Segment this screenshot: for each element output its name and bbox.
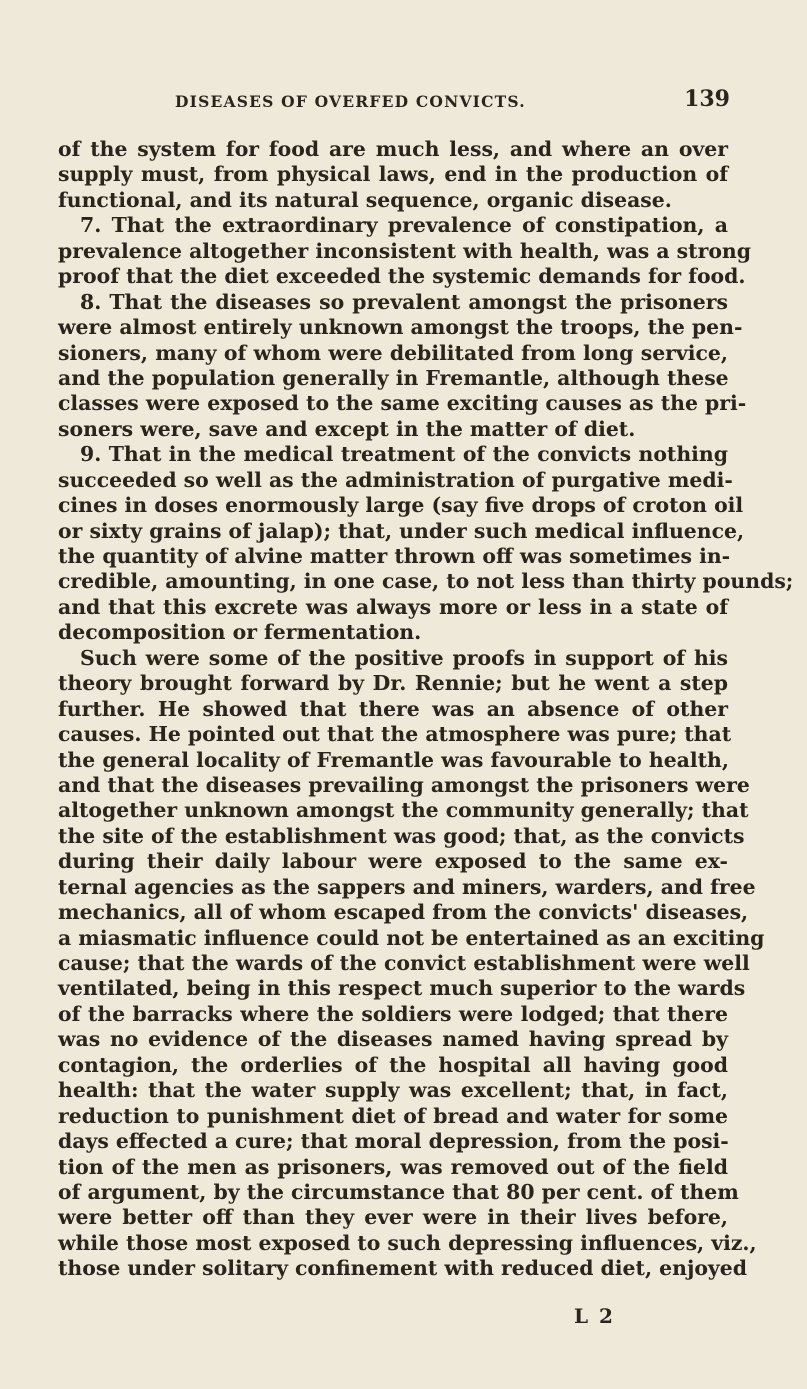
text-line: the quantity of alvine matter thrown off… xyxy=(58,544,728,569)
text-line: were better off than they ever were in t… xyxy=(58,1205,728,1230)
text-line: the general locality of Fremantle was fa… xyxy=(58,748,728,773)
text-line: days effected a cure; that moral depress… xyxy=(58,1129,728,1154)
page-header: DISEASES OF OVERFED CONVICTS. 139 xyxy=(58,86,730,116)
text-line: those under solitary confinement with re… xyxy=(58,1256,728,1281)
text-line: or sixty grains of jalap); that, under s… xyxy=(58,519,728,544)
text-line: theory brought forward by Dr. Rennie; bu… xyxy=(58,671,728,696)
text-line: proof that the diet exceeded the systemi… xyxy=(58,264,728,289)
text-line: credible, amounting, in one case, to not… xyxy=(58,569,728,594)
text-line: cines in doses enormously large (say fiv… xyxy=(58,493,728,518)
text-line: and that this excrete was always more or… xyxy=(58,595,728,620)
text-line: supply must, from physical laws, end in … xyxy=(58,162,728,187)
text-line: and that the diseases prevailing amongst… xyxy=(58,773,728,798)
text-line: of the system for food are much less, an… xyxy=(58,137,728,162)
text-line: contagion, the orderlies of the hospital… xyxy=(58,1053,728,1078)
text-line: while those most exposed to such depress… xyxy=(58,1231,728,1256)
text-line: reduction to punishment diet of bread an… xyxy=(58,1104,728,1129)
body-text: of the system for food are much less, an… xyxy=(58,137,728,1282)
text-line: cause; that the wards of the convict est… xyxy=(58,951,728,976)
text-line: altogether unknown amongst the community… xyxy=(58,798,728,823)
text-line: health: that the water supply was excell… xyxy=(58,1078,728,1103)
text-line: succeeded so well as the administration … xyxy=(58,468,728,493)
text-line: were almost entirely unknown amongst the… xyxy=(58,315,728,340)
text-line: soners were, save and except in the matt… xyxy=(58,417,728,442)
signature-mark: L 2 xyxy=(574,1304,615,1328)
text-line: Such were some of the positive proofs in… xyxy=(58,646,728,671)
text-line: a miasmatic influence could not be enter… xyxy=(58,926,728,951)
text-line: ventilated, being in this respect much s… xyxy=(58,976,728,1001)
text-line: 9. That in the medical treatment of the … xyxy=(58,442,728,467)
running-title: DISEASES OF OVERFED CONVICTS. xyxy=(175,92,526,111)
text-line: further. He showed that there was an abs… xyxy=(58,697,728,722)
text-line: of the barracks where the soldiers were … xyxy=(58,1002,728,1027)
text-line: and the population generally in Fremantl… xyxy=(58,366,728,391)
text-line: during their daily labour were exposed t… xyxy=(58,849,728,874)
book-page: DISEASES OF OVERFED CONVICTS. 139 of the… xyxy=(0,0,807,1389)
text-line: decomposition or fermentation. xyxy=(58,620,728,645)
text-line: sioners, many of whom were debilitated f… xyxy=(58,341,728,366)
text-line: the site of the establishment was good; … xyxy=(58,824,728,849)
text-line: classes were exposed to the same excitin… xyxy=(58,391,728,416)
text-line: of argument, by the circumstance that 80… xyxy=(58,1180,728,1205)
text-line: functional, and its natural sequence, or… xyxy=(58,188,728,213)
text-line: 7. That the extraordinary prevalence of … xyxy=(58,213,728,238)
page-number: 139 xyxy=(684,86,730,112)
text-line: tion of the men as prisoners, was remove… xyxy=(58,1155,728,1180)
text-line: mechanics, all of whom escaped from the … xyxy=(58,900,728,925)
text-line: was no evidence of the diseases named ha… xyxy=(58,1027,728,1052)
text-line: ternal agencies as the sappers and miner… xyxy=(58,875,728,900)
text-line: causes. He pointed out that the atmosphe… xyxy=(58,722,728,747)
text-line: prevalence altogether inconsistent with … xyxy=(58,239,728,264)
text-line: 8. That the diseases so prevalent amongs… xyxy=(58,290,728,315)
